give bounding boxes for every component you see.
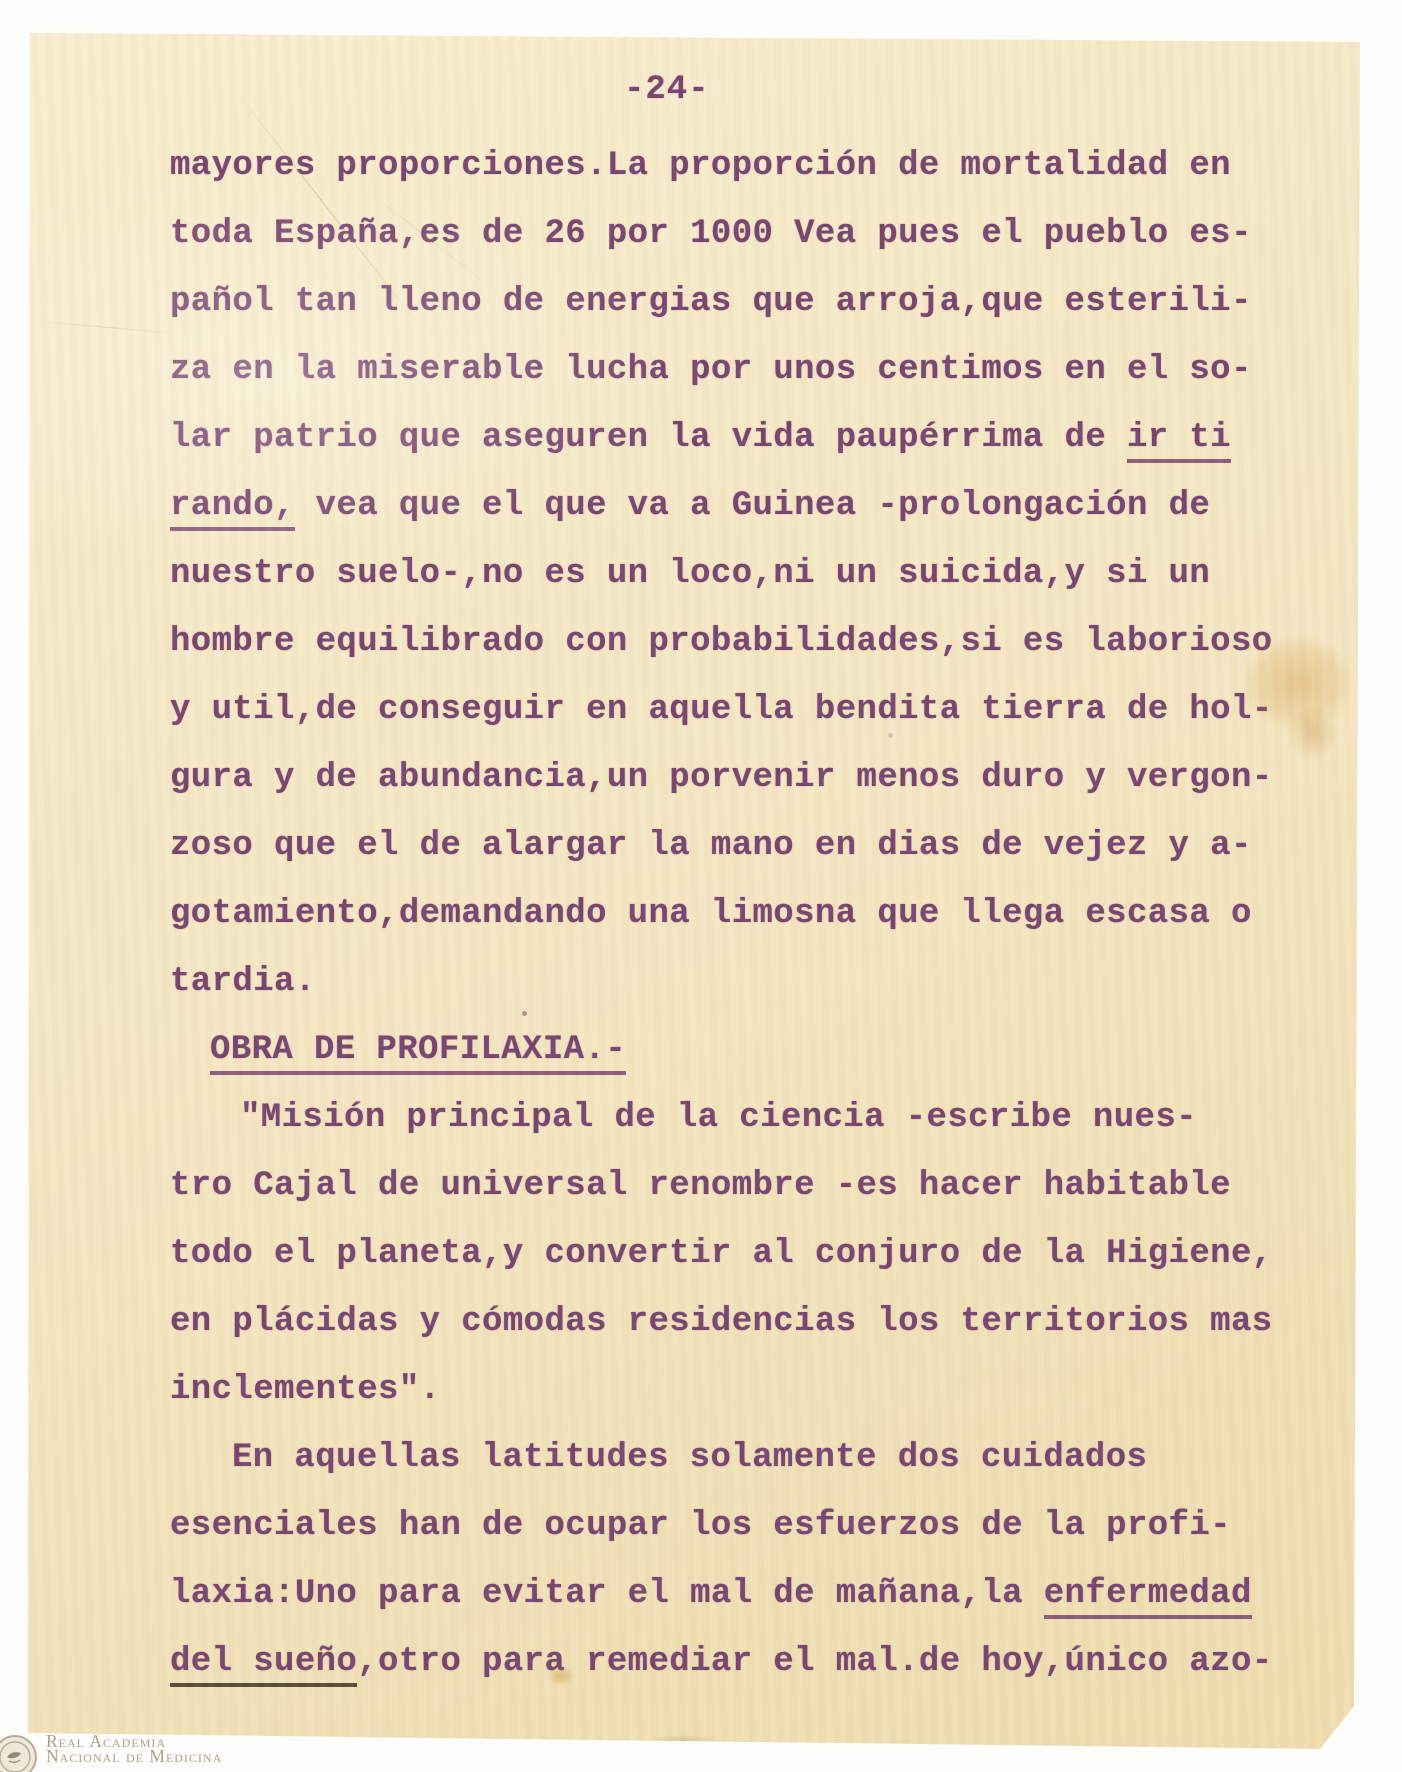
- text-line: OBRA DE PROFILAXIA.-: [170, 1016, 1310, 1084]
- text-segment: hombre equilibrado con probabilidades,si…: [170, 623, 1273, 661]
- text-segment: gotamiento,demandando una limosna que ll…: [170, 895, 1252, 933]
- text-line: y util,de conseguir en aquella bendita t…: [170, 676, 1310, 744]
- text-segment: zoso que el de alargar la mano en dias d…: [170, 827, 1252, 865]
- text-segment: pañol tan lleno de energias que arroja,q…: [170, 283, 1252, 321]
- text-line: toda España,es de 26 por 1000 Vea pues e…: [170, 200, 1310, 268]
- typed-text: mayores proporciones.La proporción de mo…: [170, 132, 1310, 1696]
- underlined-text: ir ti: [1127, 419, 1231, 463]
- text-segment: gura y de abundancia,un porvenir menos d…: [170, 759, 1273, 797]
- text-line: tardia.: [170, 948, 1310, 1016]
- text-line: gura y de abundancia,un porvenir menos d…: [170, 744, 1310, 812]
- text-line: todo el planeta,y convertir al conjuro d…: [170, 1220, 1310, 1288]
- text-segment: vea que el que va a Guinea -prolongación…: [295, 487, 1210, 525]
- text-line: za en la miserable lucha por unos centim…: [170, 336, 1310, 404]
- text-segment: todo el planeta,y convertir al conjuro d…: [170, 1235, 1273, 1273]
- text-segment: tro Cajal de universal renombre -es hace…: [170, 1167, 1231, 1205]
- paper-smudge: [638, 1733, 728, 1747]
- text-segment: esenciales han de ocupar los esfuerzos d…: [170, 1507, 1231, 1545]
- text-segment: en plácidas y cómodas residencias los te…: [170, 1303, 1273, 1341]
- text-line: esenciales han de ocupar los esfuerzos d…: [170, 1492, 1310, 1560]
- text-line: inclementes".: [170, 1356, 1310, 1424]
- text-segment: y util,de conseguir en aquella bendita t…: [170, 691, 1273, 729]
- text-segment: mayores proporciones.La proporción de mo…: [170, 147, 1231, 185]
- text-line: en plácidas y cómodas residencias los te…: [170, 1288, 1310, 1356]
- text-line: gotamiento,demandando una limosna que ll…: [170, 880, 1310, 948]
- watermark-text: Real Academia Nacional de Medicina: [46, 1734, 222, 1764]
- text-line: nuestro suelo-,no es un loco,ni un suici…: [170, 540, 1310, 608]
- text-segment: En aquellas latitudes solamente dos cuid…: [232, 1439, 1147, 1477]
- text-segment: za en la miserable lucha por unos centim…: [170, 351, 1252, 389]
- text-line: del sueño,otro para remediar el mal.de h…: [170, 1628, 1310, 1696]
- text-segment: toda España,es de 26 por 1000 Vea pues e…: [170, 215, 1252, 253]
- watermark-seal-icon: [0, 1730, 47, 1772]
- underlined-text: enfermedad: [1044, 1575, 1252, 1619]
- text-line: "Misión principal de la ciencia -escribe…: [170, 1084, 1310, 1152]
- text-segment: ,otro para remediar el mal.de hoy,único …: [357, 1643, 1272, 1681]
- underlined-text: rando,: [170, 487, 295, 531]
- text-line: lar patrio que aseguren la vida paupérri…: [170, 404, 1310, 472]
- watermark-line2: Nacional de Medicina: [46, 1749, 222, 1764]
- text-segment: laxia:Uno para evitar el mal de mañana,l…: [170, 1575, 1044, 1613]
- text-line: tro Cajal de universal renombre -es hace…: [170, 1152, 1310, 1220]
- underlined-text: OBRA DE PROFILAXIA.-: [210, 1031, 626, 1075]
- text-line: hombre equilibrado con probabilidades,si…: [170, 608, 1310, 676]
- text-line: pañol tan lleno de energias que arroja,q…: [170, 268, 1310, 336]
- rnam-watermark: Real Academia Nacional de Medicina: [0, 1728, 260, 1772]
- text-line: rando, vea que el que va a Guinea -prolo…: [170, 472, 1310, 540]
- text-segment: inclementes".: [170, 1371, 440, 1409]
- text-line: zoso que el de alargar la mano en dias d…: [170, 812, 1310, 880]
- paper-scratch: [40, 321, 180, 334]
- document-page: -24- mayores proporciones.La proporción …: [28, 33, 1360, 1749]
- ink-speck: [522, 1011, 527, 1016]
- page-number: -24-: [624, 71, 710, 109]
- text-segment: lar patrio que aseguren la vida paupérri…: [170, 419, 1127, 457]
- text-line: laxia:Uno para evitar el mal de mañana,l…: [170, 1560, 1310, 1628]
- ink-speck: [888, 733, 893, 738]
- text-line: mayores proporciones.La proporción de mo…: [170, 132, 1310, 200]
- underlined-text: del sueño: [170, 1643, 357, 1687]
- text-segment: "Misión principal de la ciencia -escribe…: [240, 1099, 1197, 1137]
- text-segment: tardia.: [170, 963, 316, 1001]
- text-segment: nuestro suelo-,no es un loco,ni un suici…: [170, 555, 1210, 593]
- text-line: En aquellas latitudes solamente dos cuid…: [170, 1424, 1310, 1492]
